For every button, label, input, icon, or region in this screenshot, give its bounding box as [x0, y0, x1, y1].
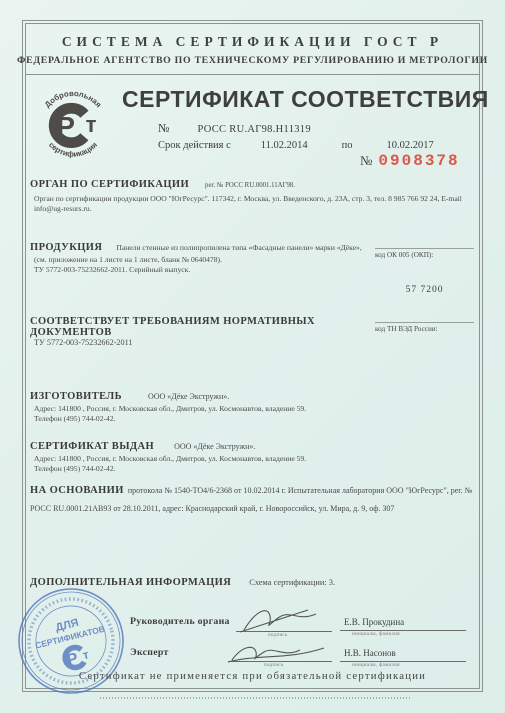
product-line1: Панели стенные из полипропилена типа «Фа… [116, 243, 361, 252]
okp-code-label: код ОК 005 (ОКП): [375, 251, 474, 259]
validity-row: Срок действия с11.02.2014по10.02.2017 [158, 140, 434, 151]
certification-body-reg: рег. № РОСС RU.0001.11АГ98. [205, 182, 295, 189]
expert-signature-caption: подпись [264, 663, 284, 668]
to-label: по [342, 140, 353, 151]
certificate-page: СИСТЕМА СЕРТИФИКАЦИИ ГОСТ Р ФЕДЕРАЛЬНОЕ … [0, 0, 505, 713]
manufacturer-section: ИЗГОТОВИТЕЛЬ ООО «Дёке Экстружн». Адрес:… [30, 386, 470, 424]
logo-letter-r: Р [56, 111, 75, 142]
issued-to-name: ООО «Дёке Экстружн». [174, 442, 255, 451]
head-signature-caption: подпись [268, 633, 288, 638]
manufacturer-phone: Телефон (495) 744-02-42. [34, 414, 470, 424]
certification-body-label: ОРГАН ПО СЕРТИФИКАЦИИ [30, 179, 189, 190]
form-number-label: № [360, 153, 372, 168]
rst-logo-icon: Добровольная сертификация Р т [32, 82, 114, 164]
okp-code-box: код ОК 005 (ОКП): 57 7200 [375, 248, 474, 295]
head-of-body-label: Руководитель органа [130, 616, 230, 627]
tnved-code-box: код ТН ВЭД России: [375, 322, 474, 333]
valid-from-date: 11.02.2014 [261, 140, 308, 151]
for-certificates-stamp: ДЛЯ СЕРТИФИКАТОВ Р т [14, 584, 128, 703]
footer-note: Сертификат не применяется при обязательн… [30, 670, 475, 682]
manufacturer-label: ИЗГОТОВИТЕЛЬ [30, 391, 122, 402]
additional-info-text: Схема сертификации: 3. [249, 578, 335, 587]
issued-to-label: СЕРТИФИКАТ ВЫДАН [30, 441, 154, 452]
issued-to-address: Адрес: 141800 , Россия, г. Московская об… [34, 454, 470, 464]
manufacturer-name: ООО «Дёке Экстружн». [148, 392, 229, 401]
form-number-value: 0908378 [378, 152, 459, 170]
head-name: Е.В. Прокудина [344, 617, 404, 627]
product-line3: ТУ 5772-003-75232662-2011. Серийный выпу… [34, 265, 370, 275]
header-divider [26, 74, 479, 75]
certificate-number: РОСС RU.АГ98.Н11319 [197, 124, 310, 135]
form-number-row: №0908378 [360, 152, 460, 170]
certificate-number-row: №РОСС RU.АГ98.Н11319 [158, 121, 311, 136]
expert-label: Эксперт [130, 647, 169, 658]
expert-name-line [340, 661, 466, 662]
head-signature-scribble [238, 606, 338, 634]
issued-to-section: СЕРТИФИКАТ ВЫДАН ООО «Дёке Экстружн». Ад… [30, 436, 470, 474]
product-section: ПРОДУКЦИЯ Панели стенные из полипропилен… [30, 237, 370, 275]
microprint-line [100, 697, 410, 699]
logo-letter-t: т [86, 112, 97, 137]
issued-to-phone: Телефон (495) 744-02-42. [34, 464, 470, 474]
expert-name-caption: инициалы, фамилия [352, 663, 400, 668]
product-label: ПРОДУКЦИЯ [30, 242, 102, 253]
certification-body-text: Орган по сертификации продукции ООО "ЮгР… [34, 194, 470, 214]
validity-label: Срок действия с [158, 140, 231, 151]
number-label: № [158, 121, 169, 135]
conformity-section: СООТВЕТСТВУЕТ ТРЕБОВАНИЯМ НОРМАТИВНЫХ ДО… [30, 316, 370, 348]
stamp-icon: ДЛЯ СЕРТИФИКАТОВ Р т [2, 572, 140, 710]
rst-voluntary-certification-logo: Добровольная сертификация Р т [32, 82, 114, 169]
tnved-code-label: код ТН ВЭД России: [375, 325, 474, 333]
certification-system-title: СИСТЕМА СЕРТИФИКАЦИИ ГОСТ Р [0, 34, 505, 50]
conformity-label: СООТВЕТСТВУЕТ ТРЕБОВАНИЯМ НОРМАТИВНЫХ ДО… [30, 316, 370, 338]
valid-to-date: 10.02.2017 [387, 140, 434, 151]
head-name-line [340, 630, 466, 631]
okp-code-value: 57 7200 [375, 285, 474, 295]
expert-name: Н.В. Насонов [344, 648, 396, 658]
certification-body-section: ОРГАН ПО СЕРТИФИКАЦИИ рег. № РОСС RU.000… [30, 174, 470, 214]
certificate-title: СЕРТИФИКАТ СООТВЕТСТВИЯ [122, 86, 489, 113]
agency-name: ФЕДЕРАЛЬНОЕ АГЕНТСТВО ПО ТЕХНИЧЕСКОМУ РЕ… [0, 55, 505, 66]
head-name-caption: инициалы, фамилия [352, 632, 400, 637]
manufacturer-address: Адрес: 141800 , Россия, г. Московская об… [34, 404, 470, 414]
basis-label: НА ОСНОВАНИИ [30, 485, 124, 496]
basis-section: НА ОСНОВАНИИ протокола № 1540-ТО4/6-2368… [30, 480, 474, 516]
stamp-letter-t: т [81, 647, 90, 662]
product-line2: (см. приложение на 1 листе на 1 листе, б… [34, 255, 370, 265]
conformity-text: ТУ 5772-003-75232662-2011 [34, 338, 370, 348]
expert-signature-scribble [228, 640, 336, 664]
